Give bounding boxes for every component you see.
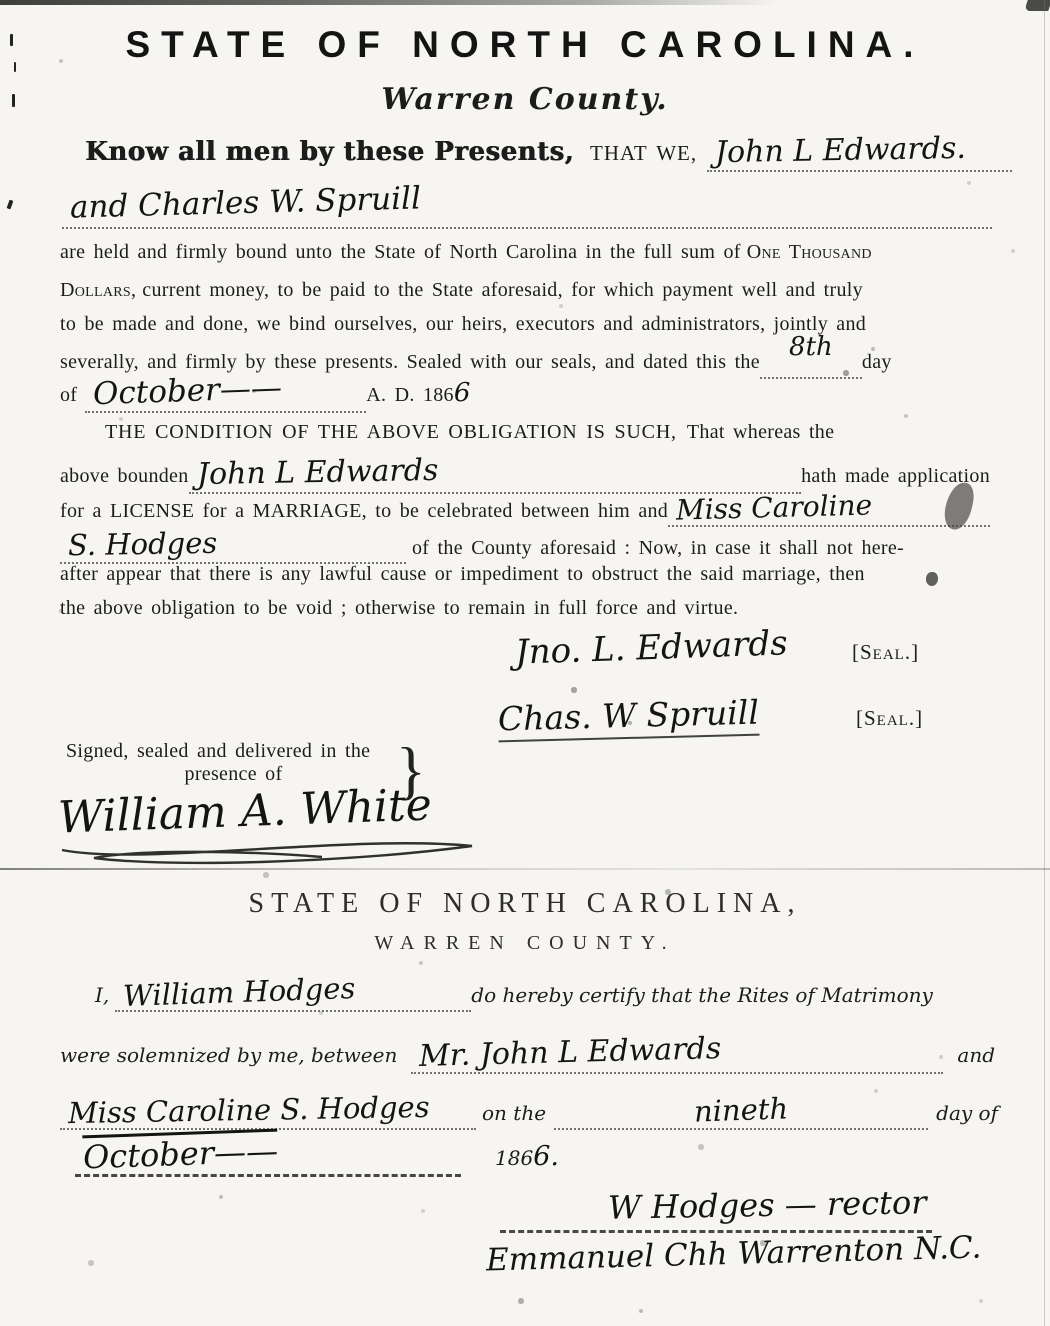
month-handwriting: October——: [93, 369, 283, 414]
bond-body-line-5: of October—— A. D. 186 6: [60, 372, 470, 413]
cert-year-digit-handwriting: 6.: [533, 1140, 559, 1174]
bride-name-handwriting-2: S. Hodges: [68, 525, 218, 564]
witness-label-line-1: Signed, sealed and delivered in the: [66, 740, 401, 763]
seal-label-1: [Seal.]: [852, 640, 919, 665]
condition-line-1: THE CONDITION OF THE ABOVE OBLIGATION IS…: [105, 420, 834, 445]
officiant-signature: W Hodges — rector: [608, 1183, 927, 1227]
body-text: day: [862, 350, 892, 375]
year-digit-handwriting: 6: [454, 377, 471, 410]
bride-name-entry-1: Miss Caroline: [668, 490, 990, 527]
bond-title: STATE OF NORTH CAROLINA.: [0, 24, 1050, 66]
principal-signature: Jno. L. Edwards: [514, 623, 788, 672]
surety-signature: Chas. W Spruill: [497, 693, 759, 743]
certificate-script-text: day of: [936, 1101, 998, 1126]
body-text: current money, to be paid to the State a…: [142, 278, 863, 303]
bond-opening-line: Know all men by these Presents, THAT WE,…: [85, 132, 1012, 172]
month-entry: October——: [85, 372, 366, 413]
condition-text: of the County aforesaid : Now, in case i…: [412, 536, 904, 561]
certificate-line-3: Miss Caroline S. Hodges on the nineth da…: [60, 1092, 998, 1130]
officiant-name-entry: William Hodges: [115, 974, 471, 1012]
certificate-script-text: do hereby certify that the Rites of Matr…: [471, 983, 933, 1008]
condition-text: hath made application: [801, 464, 990, 489]
bride-name-entry-2: S. Hodges: [60, 526, 406, 564]
cert-month-entry: October——: [75, 1134, 461, 1177]
condition-caps-text: THE CONDITION OF THE ABOVE OBLIGATION IS…: [105, 420, 677, 445]
bride-cert-name-handwriting: Miss Caroline S. Hodges: [68, 1089, 430, 1132]
opening-that-we: THAT WE,: [590, 140, 697, 166]
condition-line-6: the above obligation to be void ; otherw…: [60, 596, 738, 621]
scan-edge-line: [1044, 0, 1045, 1326]
surety-name-handwriting: and Charles W. Spruill: [70, 179, 422, 227]
certificate-script-text: were solemnized by me, between: [60, 1043, 397, 1068]
body-text-smallcaps: Dollars,: [60, 278, 136, 303]
principal-name-entry: John L Edwards.: [707, 132, 1012, 172]
bond-body-line-2: Dollars, current money, to be paid to th…: [60, 278, 863, 303]
applicant-name-entry: John L Edwards: [189, 454, 802, 494]
officiant-name-handwriting: William Hodges: [123, 970, 356, 1014]
condition-line-3: for a LICENSE for a MARRIAGE, to be cele…: [60, 490, 990, 527]
principal-name-handwriting: John L Edwards.: [715, 130, 966, 172]
cert-day-entry: nineth: [554, 1092, 928, 1130]
condition-text: above bounden: [60, 464, 189, 489]
certificate-line-4: October—— 186 6.: [75, 1134, 559, 1177]
bond-surety-line: and Charles W. Spruill: [62, 184, 992, 229]
certificate-line-2: were solemnized by me, between Mr. John …: [60, 1034, 995, 1074]
certificate-script-text: I,: [95, 983, 109, 1008]
cert-day-handwriting: nineth: [693, 1090, 788, 1130]
day-handwriting: 8th: [789, 331, 833, 364]
bride-cert-name-entry: Miss Caroline S. Hodges: [60, 1092, 476, 1130]
condition-text: after appear that there is any lawful ca…: [60, 562, 865, 587]
condition-text: for a LICENSE for a MARRIAGE, to be cele…: [60, 499, 668, 524]
opening-blackletter-text: Know all men by these Presents,: [85, 136, 574, 169]
body-text-smallcaps: One Thousand: [747, 240, 872, 265]
signature-flourish: [52, 834, 482, 870]
bond-body-line-1: are held and firmly bound unto the State…: [60, 240, 872, 265]
scan-noise: [0, 0, 2, 2]
bond-county-subtitle: Warren County.: [0, 82, 1050, 117]
scan-corner-mark: [1024, 0, 1050, 11]
cert-year-print: 186: [495, 1146, 533, 1171]
groom-name-handwriting: Mr. John L Edwards: [419, 1030, 722, 1075]
cert-month-handwriting: October——: [82, 1131, 278, 1178]
ink-blot-small: [926, 572, 938, 586]
applicant-name-handwriting: John L Edwards: [196, 452, 438, 494]
condition-line-5: after appear that there is any lawful ca…: [60, 562, 865, 587]
bond-body-line-3: to be made and done, we bind ourselves, …: [60, 312, 866, 337]
certificate-line-1: I, William Hodges do hereby certify that…: [95, 974, 982, 1012]
scanned-marriage-bond-document: STATE OF NORTH CAROLINA. Warren County. …: [0, 0, 1050, 1326]
certificate-script-text: and: [957, 1043, 995, 1068]
surety-name-entry: and Charles W. Spruill: [62, 184, 992, 229]
condition-text: the above obligation to be void ; otherw…: [60, 596, 738, 621]
scan-speck: [7, 200, 14, 210]
witness-attestation-block: Signed, sealed and delivered in the pres…: [66, 740, 401, 786]
body-text: are held and firmly bound unto the State…: [60, 240, 741, 265]
seal-label-2: [Seal.]: [856, 706, 923, 731]
condition-line-4: S. Hodges of the County aforesaid : Now,…: [60, 526, 904, 564]
officiant-church-line: Emmanuel Chh Warrenton N.C.: [486, 1230, 982, 1279]
body-text: A. D. 186: [366, 383, 454, 408]
certificate-county: WARREN COUNTY.: [0, 932, 1050, 955]
day-entry: 8th: [760, 344, 862, 379]
groom-name-entry: Mr. John L Edwards: [411, 1034, 943, 1074]
certificate-script-text: on the: [482, 1101, 546, 1126]
certificate-title: STATE OF NORTH CAROLINA,: [0, 888, 1050, 920]
bride-name-handwriting: Miss Caroline: [676, 487, 873, 527]
condition-text: That whereas the: [687, 420, 834, 445]
scan-edge-artifact: [0, 0, 780, 5]
body-text: to be made and done, we bind ourselves, …: [60, 312, 866, 337]
body-text: of: [60, 383, 77, 408]
